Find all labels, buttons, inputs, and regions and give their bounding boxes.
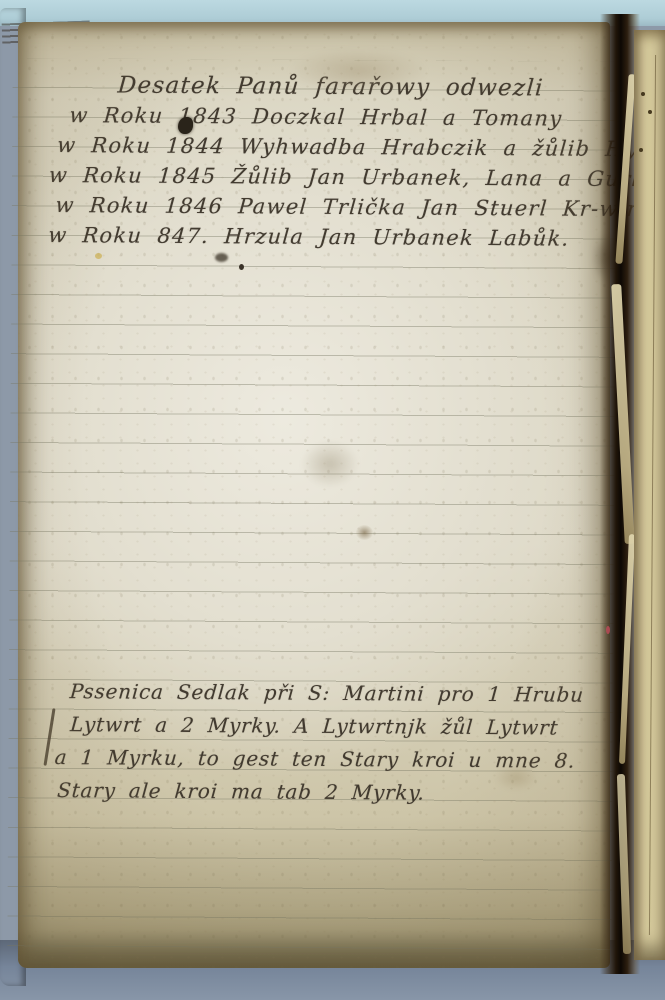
- stain: [356, 525, 373, 540]
- handwriting-line: w Roku 1844 Wyhwadba Hrabczik a žůlib Hy…: [50, 130, 627, 164]
- handwriting-line: Desatek Panů farařowy odwezli: [55, 70, 632, 104]
- ink-dot: [639, 148, 643, 152]
- stain: [301, 440, 359, 488]
- ink-dot: [641, 92, 645, 96]
- torn-paper-strip: [615, 74, 635, 264]
- torn-paper-strip: [617, 774, 631, 954]
- handwriting-line: Stary ale kroi ma tab 2 Myrky.: [51, 774, 614, 811]
- handwriting-line: w Roku 1845 Žůlib Jan Urbanek, Lana a Gu…: [48, 160, 625, 194]
- adjacent-page-edge: [634, 30, 665, 960]
- manuscript-page: Desatek Panů farařowy odwezli w Roku 184…: [18, 22, 610, 968]
- handwriting-line: a 1 Myrku, to gest ten Stary kroi u mne …: [53, 741, 616, 778]
- handwriting-line: w Roku 1846 Pawel Trlička Jan Stuerl Kr-…: [45, 190, 622, 224]
- scanned-book-photo: Desatek Panů farařowy odwezli w Roku 184…: [0, 0, 665, 1000]
- handwriting-line: Lytwrt a 2 Myrky. A Lytwrtnjk žůl Lytwrt: [56, 708, 619, 745]
- ink-dot: [239, 264, 244, 270]
- handwriting-top-block: Desatek Panů farařowy odwezli w Roku 184…: [43, 70, 632, 254]
- handwriting-line: w Roku 847. Hrzula Jan Urbanek Labůk.: [43, 220, 620, 254]
- torn-paper-strip: [611, 284, 635, 544]
- handwriting-line: Pssenica Sedlak při S: Martini pro 1 Hru…: [59, 675, 622, 712]
- torn-paper-strip: [619, 534, 635, 764]
- ink-smudge: [215, 253, 228, 262]
- handwriting-bottom-block: Pssenica Sedlak při S: Martini pro 1 Hru…: [51, 675, 621, 811]
- ink-dot: [648, 110, 652, 114]
- page-crease-line: [649, 55, 656, 935]
- paper-fleck: [95, 253, 102, 259]
- handwriting-line: w Roku 1843 Doczkal Hrbal a Tomany: [52, 100, 629, 134]
